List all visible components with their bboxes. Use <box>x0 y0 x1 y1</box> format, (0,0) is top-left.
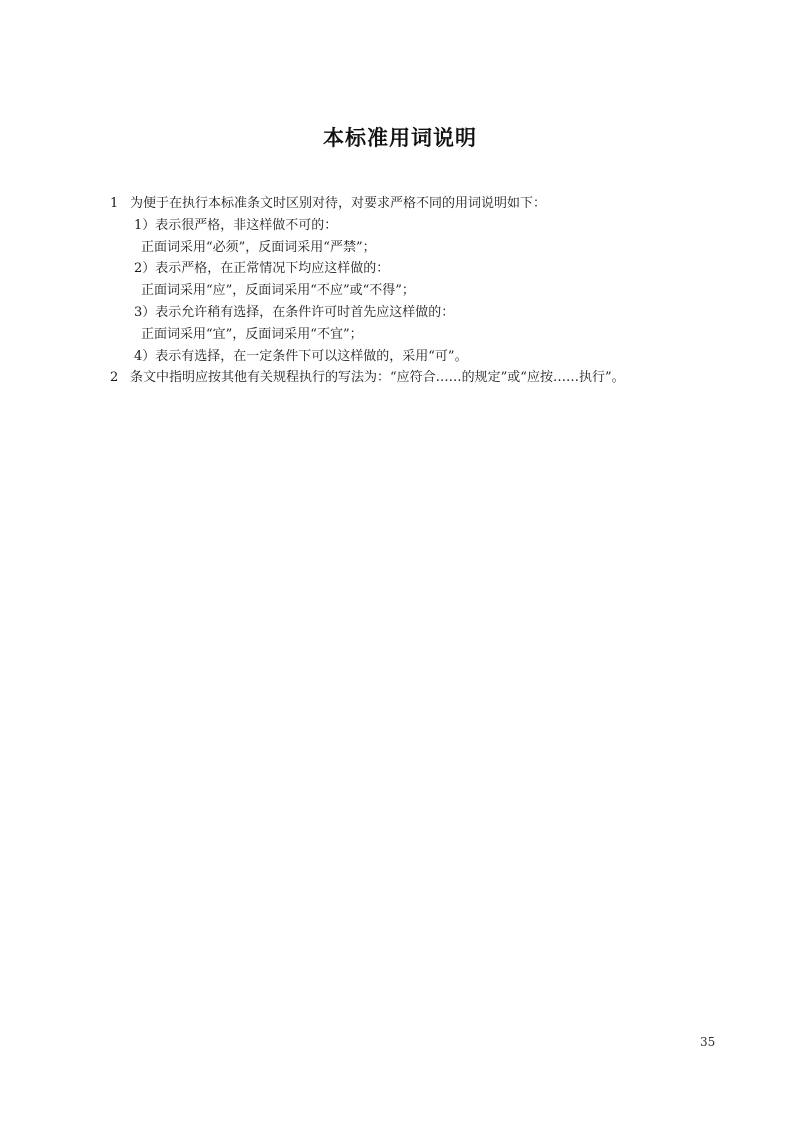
sub-item-1-detail: 正面词采用“必须”，反面词采用“严禁”； <box>0 237 800 259</box>
page-title: 本标准用词说明 <box>0 122 800 152</box>
sub-item-detail: 正面词采用“应”，反面词采用“不应”或“不得”； <box>141 280 415 302</box>
clause-1: 1 为便于在执行本标准条文时区别对待，对要求严格不同的用词说明如下： <box>0 193 800 215</box>
sub-item-4: 4）表示有选择，在一定条件下可以这样做的，采用“可”。 <box>0 346 800 368</box>
page-number: 35 <box>700 1035 715 1049</box>
clause-2: 2 条文中指明应按其他有关规程执行的写法为：“应符合……的规定”或“应按……执行… <box>0 367 800 389</box>
clause-number: 1 <box>110 193 118 215</box>
sub-item-label: 3）表示允许稍有选择，在条件许可时首先应这样做的： <box>134 302 454 324</box>
sub-item-detail: 正面词采用“宜”，反面词采用“不宜”； <box>141 324 363 346</box>
sub-item-label: 2）表示严格，在正常情况下均应这样做的： <box>134 258 389 280</box>
sub-item-2: 2）表示严格，在正常情况下均应这样做的： <box>0 258 800 280</box>
sub-item-detail: 正面词采用“必须”，反面词采用“严禁”； <box>141 237 376 259</box>
clause-number: 2 <box>110 367 118 389</box>
sub-item-label: 4）表示有选择，在一定条件下可以这样做的，采用“可”。 <box>134 346 468 368</box>
sub-item-3-detail: 正面词采用“宜”，反面词采用“不宜”； <box>0 324 800 346</box>
document-body: 1 为便于在执行本标准条文时区别对待，对要求严格不同的用词说明如下： 1）表示很… <box>0 193 800 389</box>
sub-item-3: 3）表示允许稍有选择，在条件许可时首先应这样做的： <box>0 302 800 324</box>
sub-item-label: 1）表示很严格，非这样做不可的： <box>134 215 337 237</box>
clause-text: 条文中指明应按其他有关规程执行的写法为：“应符合……的规定”或“应按……执行”。 <box>130 367 625 389</box>
sub-item-2-detail: 正面词采用“应”，反面词采用“不应”或“不得”； <box>0 280 800 302</box>
sub-item-1: 1）表示很严格，非这样做不可的： <box>0 215 800 237</box>
clause-text: 为便于在执行本标准条文时区别对待，对要求严格不同的用词说明如下： <box>130 193 546 215</box>
